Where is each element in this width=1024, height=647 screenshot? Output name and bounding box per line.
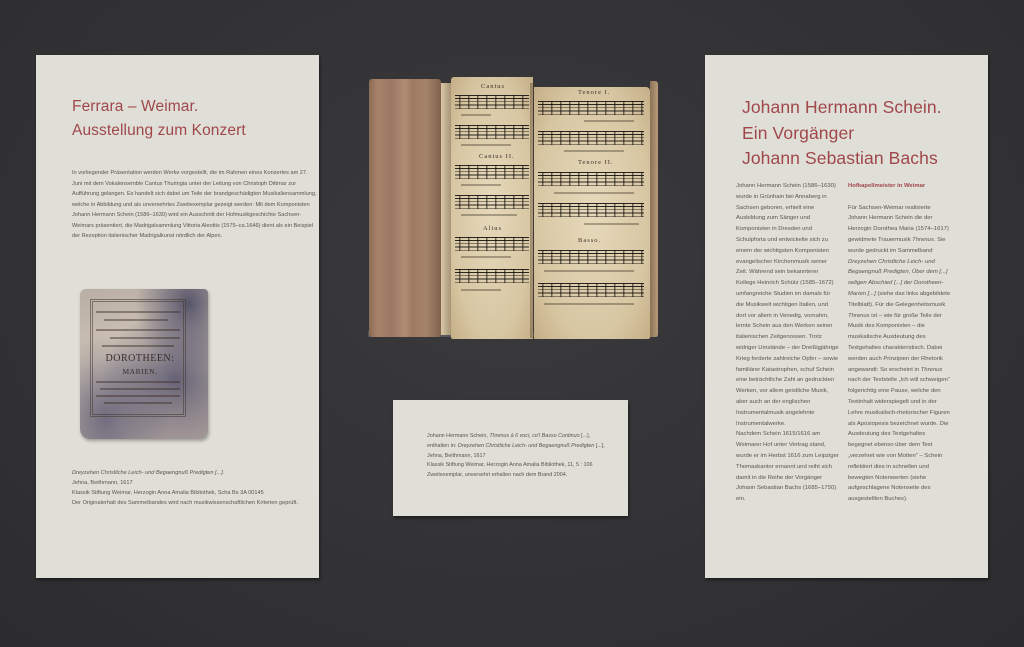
- music-staff: [455, 237, 529, 251]
- center-caption-card: Johann Hermann Schein, Threnus à 6 voci,…: [393, 400, 628, 516]
- lyrics: [584, 223, 639, 225]
- book-left-page: Cantus Cantus II. Altus: [451, 77, 533, 339]
- lyrics: [461, 256, 511, 258]
- left-exhibition-panel: Ferrara – Weimar. Ausstellung zum Konzer…: [36, 55, 319, 578]
- lyrics: [461, 184, 501, 186]
- lyrics: [544, 270, 634, 272]
- book-page-edges: [441, 83, 451, 335]
- title-page-text-line: [96, 329, 180, 331]
- lyrics: [461, 114, 491, 116]
- music-staff: [538, 250, 644, 264]
- right-exhibition-panel: Johann Hermann Schein. Ein Vorgänger Joh…: [705, 55, 988, 578]
- center-caption-line-1: Johann Hermann Schein, Threnus à 6 voci,…: [427, 432, 622, 442]
- left-intro-text: In vorliegender Präsentation werden Werk…: [72, 168, 318, 242]
- lyrics: [554, 192, 634, 194]
- open-music-book-image: Cantus Cantus II. Altus Tenore I. Tenore…: [364, 75, 662, 345]
- music-staff: [538, 203, 644, 217]
- lyrics: [584, 120, 634, 122]
- left-caption-imprint: Jehna, Beithmann, 1617: [72, 478, 318, 488]
- title-page-text-line: [100, 388, 180, 390]
- hofkapellmeister-heading: Hofkapellmeister in Weimar: [848, 181, 951, 192]
- title-page-heading-1: DOROTHEEN:: [94, 353, 186, 364]
- right-title-line-3: Johann Sebastian Bachs: [742, 146, 942, 172]
- biography-paragraph: Johann Hermann Schein (1586–1630) wurde …: [736, 181, 839, 429]
- lyrics: [461, 289, 501, 291]
- book-right-page: Tenore I. Tenore II. Basso.: [534, 87, 650, 339]
- left-caption-shelfmark: Klassik Stiftung Weimar, Herzogin Anna A…: [72, 488, 318, 498]
- voice-label: Cantus II.: [479, 153, 515, 160]
- music-staff: [455, 269, 529, 283]
- title-page-text-line: [96, 381, 180, 383]
- center-caption-note: Zweitexemplar, unversehrt erhalten nach …: [427, 471, 622, 481]
- lyrics: [461, 214, 517, 216]
- center-caption-shelfmark: Klassik Stiftung Weimar, Herzogin Anna A…: [427, 461, 622, 471]
- voice-label: Tenore I.: [578, 89, 610, 96]
- left-panel-title: Ferrara – Weimar. Ausstellung zum Konzer…: [72, 95, 246, 143]
- title-page-text-line: [102, 345, 174, 347]
- left-caption-note: Der Originalerhalt des Sammelbandes wird…: [72, 498, 318, 508]
- lyrics: [461, 144, 511, 146]
- lyrics: [544, 303, 634, 305]
- title-page-text-line: [110, 337, 180, 339]
- voice-label: Altus: [483, 225, 502, 232]
- title-page-text-line: [104, 402, 172, 404]
- left-caption-title: Dreyzehen Christliche Leich- und Begaeng…: [72, 468, 318, 478]
- threnus-paragraph: Für Sachsen-Weimar realisierte Johann He…: [848, 203, 951, 505]
- music-staff: [455, 95, 529, 109]
- right-column-2: Hofkapellmeister in Weimar Für Sachsen-W…: [848, 181, 951, 505]
- thomaskantor-paragraph: Nachdem Schein 1615/1616 am Weimarer Hof…: [736, 429, 839, 505]
- center-caption: Johann Hermann Schein, Threnus à 6 voci,…: [427, 432, 622, 481]
- right-title-line-1: Johann Hermann Schein.: [742, 95, 942, 121]
- music-staff: [538, 283, 644, 297]
- right-column-1: Johann Hermann Schein (1586–1630) wurde …: [736, 181, 839, 505]
- title-page-text-line: [96, 395, 180, 397]
- book-spine: [369, 79, 441, 337]
- music-staff: [538, 131, 644, 145]
- voice-label: Tenore II.: [578, 159, 614, 166]
- title-page-text-line: [96, 311, 180, 313]
- music-staff: [455, 195, 529, 209]
- right-title-line-2: Ein Vorgänger: [742, 121, 942, 147]
- music-staff: [455, 165, 529, 179]
- center-caption-line-2: enthalten in: Dreyzehen Christliche Leic…: [427, 442, 622, 462]
- left-title-line-2: Ausstellung zum Konzert: [72, 119, 246, 143]
- lyrics: [564, 150, 624, 152]
- title-page-heading-2: MARIEN.: [94, 367, 186, 376]
- music-staff: [455, 125, 529, 139]
- left-caption: Dreyzehen Christliche Leich- und Begaeng…: [72, 468, 318, 508]
- title-page-image: DOROTHEEN: MARIEN.: [80, 289, 208, 439]
- left-title-line-1: Ferrara – Weimar.: [72, 95, 246, 119]
- music-staff: [538, 101, 644, 115]
- music-staff: [538, 172, 644, 186]
- title-page-text-line: [104, 319, 168, 321]
- book-back-cover: [650, 81, 658, 337]
- voice-label: Basso.: [578, 237, 601, 244]
- right-panel-title: Johann Hermann Schein. Ein Vorgänger Joh…: [742, 95, 942, 172]
- voice-label: Cantus: [481, 83, 505, 90]
